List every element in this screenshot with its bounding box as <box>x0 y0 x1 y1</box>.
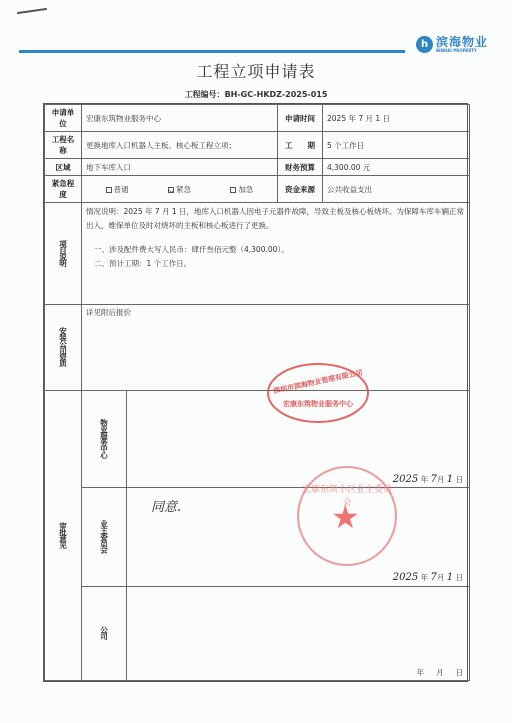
label-fund-source: 资金来源 <box>278 176 323 203</box>
owners-committee-stamp: 宏康东筑小区业主委员会 ★ <box>297 466 397 566</box>
label-approval: 审批意见 <box>45 391 82 681</box>
label-approval-company: 公司 <box>82 587 127 681</box>
label-area: 区域 <box>45 159 82 176</box>
company-logo: h 滨海物业 BINHAI PROPERTY <box>416 36 488 53</box>
pen-mark <box>17 8 47 14</box>
field-apply-time: 2025 年 7 月 1 日 <box>323 105 470 132</box>
label-apply-time: 申请时间 <box>278 105 323 132</box>
field-project-name: 更换地库入口机器人主板、核心板工程立项； <box>82 132 278 159</box>
urgency-expedited[interactable]: 加急 <box>230 184 253 195</box>
label-approval-property: 物业服务中心 <box>82 391 127 488</box>
label-budget: 财务预算 <box>278 159 323 176</box>
header-rule <box>19 50 405 53</box>
label-applicant: 申请单位 <box>45 105 82 132</box>
checkbox-icon <box>106 187 112 193</box>
field-budget: 4,300.00 元 <box>323 159 470 176</box>
logo-en: BINHAI PROPERTY <box>436 48 488 53</box>
label-qualification: 安装公司资质 <box>45 305 82 391</box>
label-project-name: 工程名称 <box>45 132 82 159</box>
logo-icon: h <box>416 36 433 53</box>
label-description: 项目说明 <box>45 203 82 305</box>
property-stamp: 深圳市滨海物业管理有限公司 宏康东筑物业服务中心 <box>267 363 369 423</box>
field-urgency: 普通 紧急 加急 <box>82 176 278 203</box>
checkbox-checked-icon <box>168 187 174 193</box>
description-item: 一、涉及配件费大写人民币：肆仟叁佰元整（4,300.00）。 <box>94 243 465 257</box>
description-item: 二、预计工期：1 个工作日。 <box>94 257 465 271</box>
checkbox-icon <box>230 187 236 193</box>
doc-number: 工程编号：BH-GC-HKDZ-2025-015 <box>0 89 512 100</box>
logo-cn: 滨海物业 <box>436 36 488 48</box>
application-form: 申请单位 宏康东筑物业服务中心 申请时间 2025 年 7 月 1 日 工程名称… <box>43 103 468 682</box>
field-duration: 5 个工作日 <box>323 132 470 159</box>
field-description: 情况说明：2025 年 7 月 1 日，地库入口机器人因电子元器件故障，导致主板… <box>82 203 470 305</box>
date-line: 2025 年 7月 1 日 <box>393 572 465 583</box>
field-area: 地下车库入口 <box>82 159 278 176</box>
urgency-urgent[interactable]: 紧急 <box>168 184 191 195</box>
date-line: 年 月 日 <box>131 667 465 678</box>
date-line: 2025 年 7月 1 日 <box>131 474 465 485</box>
star-icon: ★ <box>331 498 360 536</box>
field-applicant: 宏康东筑物业服务中心 <box>82 105 278 132</box>
label-approval-owners: 业主委员会 <box>82 488 127 587</box>
field-fund-source: 公共收益支出 <box>323 176 470 203</box>
urgency-normal[interactable]: 普通 <box>106 184 129 195</box>
label-duration: 工 期 <box>278 132 323 159</box>
label-urgency: 紧急程度 <box>45 176 82 203</box>
page-title: 工程立项申请表 <box>0 59 512 82</box>
approval-company: 年 月 日 <box>127 587 470 681</box>
